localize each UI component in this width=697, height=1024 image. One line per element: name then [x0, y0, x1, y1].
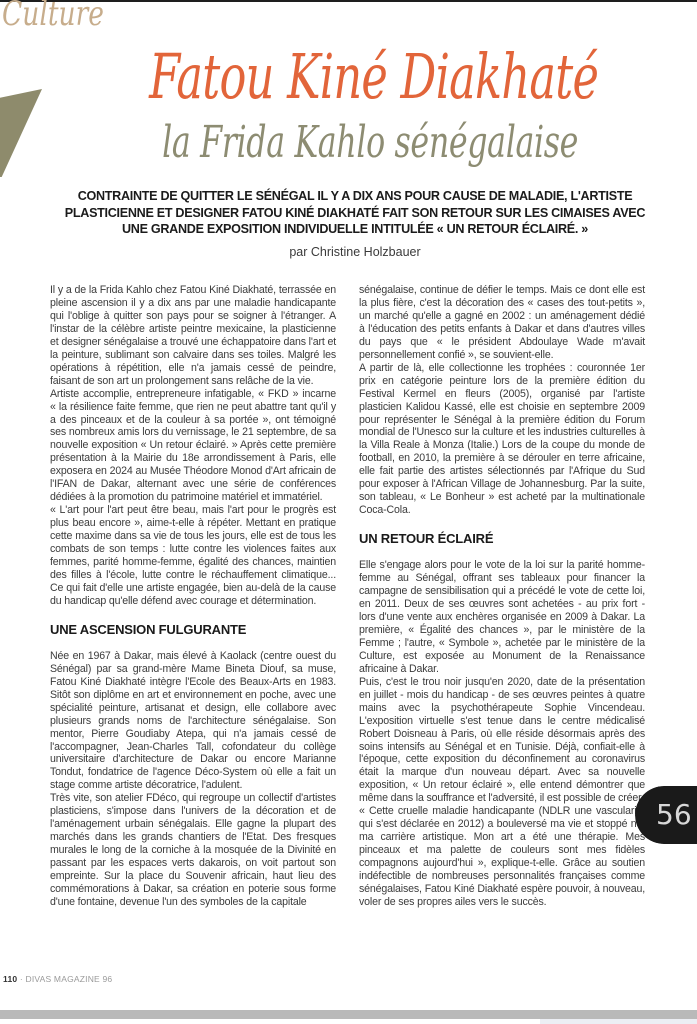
viewer-bottom-edge — [540, 1019, 697, 1024]
section-label: Culture — [2, 0, 104, 34]
section-heading: UN RETOUR ÉCLAIRÉ — [359, 531, 645, 547]
article-title: Fatou Kiné Diakhaté — [98, 40, 600, 114]
article-column-right: sénégalaise, continue de défier le temps… — [359, 284, 645, 909]
paragraph: Puis, c'est le trou noir jusqu'en 2020, … — [359, 676, 645, 806]
paragraph: « Cette cruelle maladie handicapante (ND… — [359, 805, 645, 909]
paragraph: Très vite, son atelier FDéco, qui regrou… — [50, 792, 336, 909]
section-heading: UNE ASCENSION FULGURANTE — [50, 622, 336, 638]
paragraph: A partir de là, elle collectionne les tr… — [359, 362, 645, 517]
byline: par Christine Holzbauer — [60, 245, 650, 259]
article-column-left: Il y a de la Frida Kahlo chez Fatou Kiné… — [50, 284, 336, 909]
page-indicator-number[interactable]: 56 — [656, 798, 692, 831]
paragraph: Née en 1967 à Dakar, mais élevé à Kaolac… — [50, 650, 336, 792]
decorative-triangle — [0, 89, 42, 177]
paragraph: Artiste accomplie, entrepreneure infatig… — [50, 388, 336, 505]
viewer-scrollbar[interactable] — [0, 1010, 697, 1019]
paragraph: Il y a de la Frida Kahlo chez Fatou Kiné… — [50, 284, 336, 388]
page-footer: 110 · DIVAS MAGAZINE 96 — [3, 974, 112, 984]
article-subtitle: la Frida Kahlo sénégalaise — [98, 117, 600, 169]
article-lede: CONTRAINTE DE QUITTER LE SÉNÉGAL IL Y A … — [60, 188, 650, 238]
top-bar — [0, 0, 697, 2]
footer-page-number: 110 — [3, 974, 17, 984]
paragraph: Elle s'engage alors pour le vote de la l… — [359, 559, 645, 676]
paragraph: « L'art pour l'art peut être beau, mais … — [50, 504, 336, 608]
footer-publication: · DIVAS MAGAZINE 96 — [17, 974, 112, 984]
paragraph: sénégalaise, continue de défier le temps… — [359, 284, 645, 362]
